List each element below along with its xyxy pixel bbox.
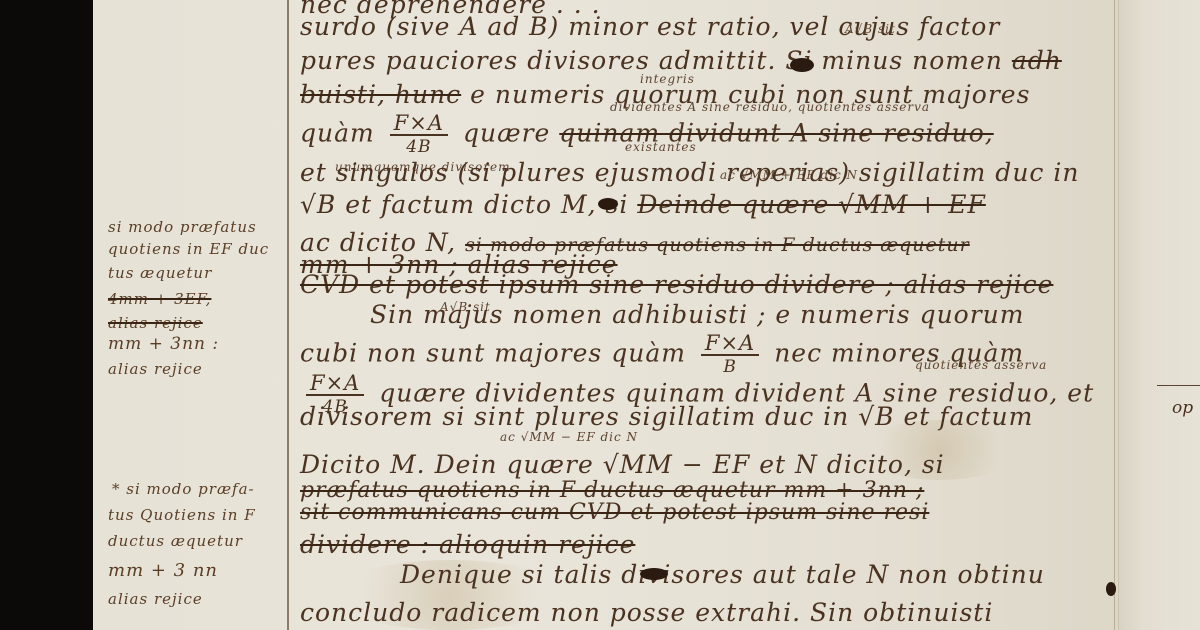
fraction: F×A 4B	[390, 112, 448, 158]
ink-blot	[640, 568, 668, 580]
line-text: et singulos (si plures ejusmodi reperias…	[300, 158, 1079, 187]
fraction-denominator: 4B	[390, 136, 448, 158]
text-line-14: Dicito M. Dein quære √MM − EF et N dicit…	[300, 450, 945, 479]
facing-page-rule	[1157, 385, 1200, 386]
margin-note-1-line: alias rejice	[108, 314, 203, 332]
text-line-2: pures pauciores divisores admittit. Si m…	[300, 46, 1062, 75]
fraction-numerator: F×A	[390, 112, 448, 136]
line-text: sit communicans cum CVD et potest ipsum …	[300, 500, 929, 525]
struck-text: buisti, hunc	[300, 80, 461, 109]
facing-page-text: op	[1172, 398, 1193, 418]
line-text: quære	[463, 119, 550, 148]
interlinear-note: ac √MM + EF dic N	[720, 168, 858, 182]
text-line-13: divisorem si sint plures sigillatim duc …	[300, 402, 1033, 431]
text-line-9: CVD et potest ipsum sine residuo divider…	[300, 270, 1053, 299]
margin-note-1-line: mm + 3nn :	[108, 334, 219, 354]
margin-note-2-line: tus Quotiens in F	[108, 506, 256, 524]
struck-text: Deinde quære √MM + EF	[637, 190, 986, 219]
line-text: dividere : alioquin rejice	[300, 530, 635, 559]
interlinear-note: A√B sit	[845, 22, 896, 36]
text-line-10: Sin majus nomen adhibuisti ; e numeris q…	[370, 300, 1025, 329]
margin-note-2-line: alias rejice	[108, 590, 203, 608]
line-text: √B et factum dicto M, si	[300, 190, 628, 219]
text-line-18: Denique si talis divisores aut tale N no…	[400, 560, 1045, 589]
line-text: Sin majus nomen adhibuisti ; e numeris q…	[370, 300, 1025, 329]
margin-note-1-line: si modo præfatus	[108, 218, 257, 236]
text-line-6: √B et factum dicto M, si Deinde quære √M…	[300, 190, 986, 219]
margin-note-2-line: mm + 3 nn	[108, 560, 218, 581]
line-text: quàm	[300, 119, 375, 148]
margin-note-1-line: tus æquetur	[108, 264, 212, 282]
line-text: concludo radicem non posse extrahi. Sin …	[300, 598, 993, 627]
fraction-numerator: F×A	[306, 372, 364, 396]
margin-note-2-line: * si modo præfa-	[112, 480, 255, 498]
line-text: pures pauciores divisores admittit. Si m…	[300, 46, 1003, 75]
interlinear-note: existantes	[625, 140, 697, 154]
line-text: cubi non sunt majores quàm	[300, 339, 686, 368]
line-text: Dicito M. Dein quære √MM − EF et N dicit…	[300, 450, 945, 479]
text-line-19: concludo radicem non posse extrahi. Sin …	[300, 598, 993, 627]
facing-page	[1118, 0, 1200, 630]
page-edge-rule	[1114, 0, 1115, 630]
line-text: divisorem si sint plures sigillatim duc …	[300, 402, 1033, 431]
ink-blot	[790, 58, 814, 72]
text-line-5: et singulos (si plures ejusmodi reperias…	[300, 158, 1079, 187]
margin-rule	[287, 0, 289, 630]
margin-note-1-line: 4mm + 3EF,	[108, 290, 211, 308]
text-line-16: sit communicans cum CVD et potest ipsum …	[300, 500, 929, 525]
margin-note-2-line: ductus æquetur	[108, 532, 243, 550]
line-text: CVD et potest ipsum sine residuo divider…	[300, 270, 1053, 299]
margin-note-1-line: quotiens in EF duc	[108, 240, 269, 258]
ink-blot	[598, 198, 618, 210]
fraction-numerator: F×A	[701, 332, 759, 356]
interlinear-note: quotientes asserva	[915, 358, 1047, 372]
struck-text: adh	[1012, 46, 1062, 75]
margin-note-1-line: alias rejice	[108, 360, 203, 378]
interlinear-note: ac √MM − EF dic N	[500, 430, 638, 444]
ink-blot	[1106, 582, 1116, 596]
text-line-17: dividere : alioquin rejice	[300, 530, 635, 559]
line-text: Denique si talis divisores aut tale N no…	[400, 560, 1045, 589]
